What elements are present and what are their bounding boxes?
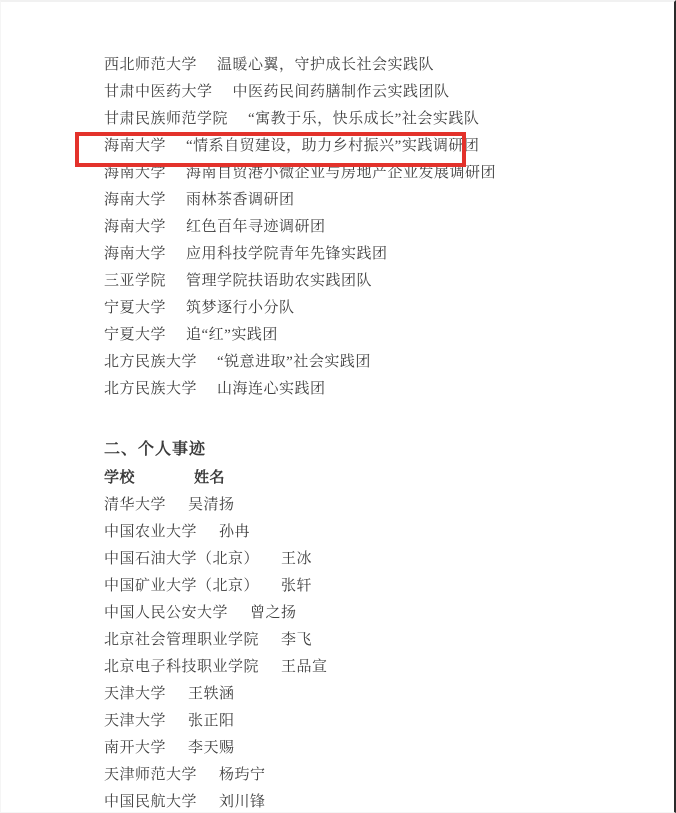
- school-name: 中国民航大学: [104, 789, 197, 813]
- person-name: 张轩: [281, 573, 312, 600]
- section-heading-individual: 二、个人事迹: [104, 438, 206, 462]
- team-row: 甘肃民族师范学院 “寓教于乐，快乐成长”社会实践队: [104, 106, 496, 133]
- school-name: 清华大学: [104, 492, 166, 519]
- person-row: 北京电子科技职业学院 王品宣: [104, 654, 328, 681]
- person-list: 清华大学 吴清扬 中国农业大学 孙冉 中国石油大学（北京） 王冰 中国矿业大学（…: [104, 492, 328, 813]
- team-row: 北方民族大学 “锐意进取”社会实践团: [104, 349, 496, 376]
- person-name: 张正阳: [188, 708, 235, 735]
- school-name: 天津大学: [104, 708, 166, 735]
- team-row: 宁夏大学 追“红”实践团: [104, 322, 496, 349]
- team-row: 海南大学 雨林茶香调研团: [104, 187, 496, 214]
- team-row: 海南大学 应用科技学院青年先锋实践团: [104, 241, 496, 268]
- team-name: 温暖心翼，守护成长社会实践队: [217, 52, 434, 79]
- team-name: 中医药民间药膳制作云实践团队: [233, 79, 450, 106]
- person-name: 曾之扬: [250, 600, 297, 627]
- school-name: 海南大学: [104, 133, 166, 160]
- school-name: 北方民族大学: [104, 349, 197, 376]
- team-name: 海南自贸港小微企业与房地产企业发展调研团: [186, 160, 496, 187]
- school-name: 宁夏大学: [104, 295, 166, 322]
- school-name: 三亚学院: [104, 268, 166, 295]
- team-row: 西北师范大学 温暖心翼，守护成长社会实践队: [104, 52, 496, 79]
- school-name: 天津师范大学: [104, 762, 197, 789]
- school-name: 南开大学: [104, 735, 166, 762]
- person-name: 李天赐: [188, 735, 235, 762]
- person-name: 李飞: [281, 627, 312, 654]
- team-row: 海南大学 “情系自贸建设，助力乡村振兴”实践调研团: [104, 133, 496, 160]
- school-name: 海南大学: [104, 187, 166, 214]
- person-row: 天津大学 王轶涵: [104, 681, 328, 708]
- person-name: 孙冉: [219, 519, 250, 546]
- school-name: 天津大学: [104, 681, 166, 708]
- school-name: 北方民族大学: [104, 376, 197, 403]
- school-name: 海南大学: [104, 214, 166, 241]
- team-name: 追“红”实践团: [186, 322, 278, 349]
- person-name: 王冰: [281, 546, 312, 573]
- team-name: 管理学院扶语助农实践团队: [186, 268, 372, 295]
- team-name: 山海连心实践团: [217, 376, 326, 403]
- school-name: 北京电子科技职业学院: [104, 654, 259, 681]
- person-name: 吴清扬: [188, 492, 235, 519]
- document-page: 西北师范大学 温暖心翼，守护成长社会实践队 甘肃中医药大学 中医药民间药膳制作云…: [0, 0, 676, 813]
- school-name: 海南大学: [104, 241, 166, 268]
- person-row: 北京社会管理职业学院 李飞: [104, 627, 328, 654]
- school-name: 中国矿业大学（北京）: [104, 573, 259, 600]
- team-name: “寓教于乐，快乐成长”社会实践队: [248, 106, 479, 133]
- team-row: 三亚学院 管理学院扶语助农实践团队: [104, 268, 496, 295]
- person-name: 王轶涵: [188, 681, 235, 708]
- team-name: 雨林茶香调研团: [186, 187, 295, 214]
- team-row: 海南大学 红色百年寻迹调研团: [104, 214, 496, 241]
- team-row: 宁夏大学 筑梦逐行小分队: [104, 295, 496, 322]
- school-name: 中国农业大学: [104, 519, 197, 546]
- person-row: 南开大学 李天赐: [104, 735, 328, 762]
- person-row: 中国民航大学 刘川锋: [104, 789, 328, 813]
- person-name: 杨玙宁: [219, 762, 266, 789]
- person-row: 中国石油大学（北京） 王冰: [104, 546, 328, 573]
- team-name: 应用科技学院青年先锋实践团: [186, 241, 388, 268]
- person-row: 中国矿业大学（北京） 张轩: [104, 573, 328, 600]
- team-name: “情系自贸建设，助力乡村振兴”实践调研团: [186, 133, 479, 160]
- team-name: 红色百年寻迹调研团: [186, 214, 326, 241]
- person-row: 中国农业大学 孙冉: [104, 519, 328, 546]
- team-row: 甘肃中医药大学 中医药民间药膳制作云实践团队: [104, 79, 496, 106]
- team-name: 筑梦逐行小分队: [186, 295, 295, 322]
- school-name: 西北师范大学: [104, 52, 197, 79]
- school-name: 中国人民公安大学: [104, 600, 228, 627]
- person-row: 中国人民公安大学 曾之扬: [104, 600, 328, 627]
- team-list: 西北师范大学 温暖心翼，守护成长社会实践队 甘肃中医药大学 中医药民间药膳制作云…: [104, 52, 496, 403]
- school-name: 中国石油大学（北京）: [104, 546, 259, 573]
- person-name: 王品宣: [281, 654, 328, 681]
- person-name: 刘川锋: [219, 789, 266, 813]
- column-header-name: 姓名: [194, 470, 225, 486]
- person-row: 清华大学 吴清扬: [104, 492, 328, 519]
- person-row: 天津师范大学 杨玙宁: [104, 762, 328, 789]
- school-name: 宁夏大学: [104, 322, 166, 349]
- school-name: 北京社会管理职业学院: [104, 627, 259, 654]
- team-name: “锐意进取”社会实践团: [217, 349, 371, 376]
- school-name: 甘肃民族师范学院: [104, 106, 228, 133]
- column-header-school: 学校: [104, 465, 194, 492]
- team-row: 北方民族大学 山海连心实践团: [104, 376, 496, 403]
- person-table-header: 学校姓名: [104, 465, 225, 492]
- team-row: 海南大学 海南自贸港小微企业与房地产企业发展调研团: [104, 160, 496, 187]
- school-name: 甘肃中医药大学: [104, 79, 213, 106]
- person-row: 天津大学 张正阳: [104, 708, 328, 735]
- school-name: 海南大学: [104, 160, 166, 187]
